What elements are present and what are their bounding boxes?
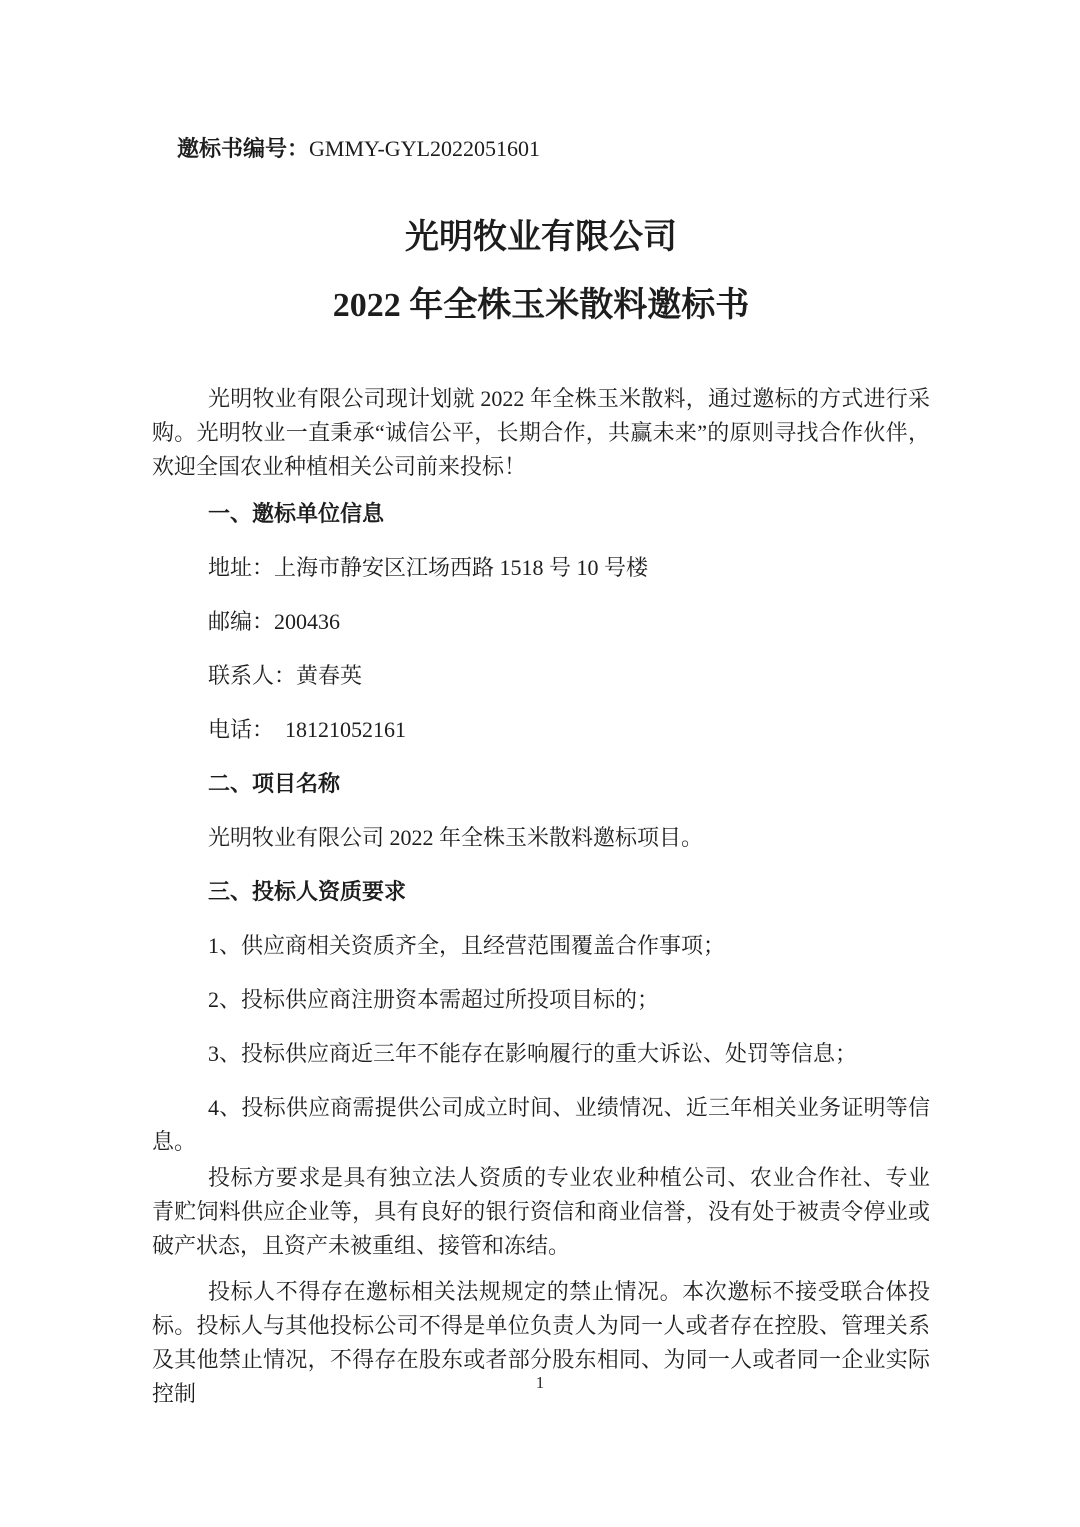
doc-number-value: GMMY-GYL2022051601	[309, 136, 540, 161]
project-name-line: 光明牧业有限公司 2022 年全株玉米散料邀标项目。	[152, 821, 930, 855]
contact-line: 联系人：黄春英	[152, 659, 930, 693]
qualification-item-4: 4、投标供应商需提供公司成立时间、业绩情况、近三年相关业务证明等信息。	[152, 1091, 930, 1159]
postcode-line: 邮编：200436	[152, 605, 930, 639]
section-2-heading: 二、项目名称	[152, 767, 930, 801]
section-1: 一、邀标单位信息 地址：上海市静安区江场西路 1518 号 10 号楼 邮编：2…	[152, 497, 930, 747]
qualification-item-3: 3、投标供应商近三年不能存在影响履行的重大诉讼、处罚等信息；	[152, 1037, 930, 1071]
qualification-item-2: 2、投标供应商注册资本需超过所投项目标的；	[152, 983, 930, 1017]
doc-title-line1: 光明牧业有限公司	[152, 214, 930, 262]
document-page: 邀标书编号：GMMY-GYL2022051601 光明牧业有限公司 2022 年…	[0, 0, 1080, 1527]
section-2: 二、项目名称 光明牧业有限公司 2022 年全株玉米散料邀标项目。	[152, 767, 930, 855]
intro-paragraph: 光明牧业有限公司现计划就 2022 年全株玉米散料，通过邀标的方式进行采购。光明…	[152, 382, 930, 484]
section-3-heading: 三、投标人资质要求	[152, 875, 930, 909]
phone-line: 电话： 18121052161	[152, 713, 930, 747]
document-content: 邀标书编号：GMMY-GYL2022051601 光明牧业有限公司 2022 年…	[0, 0, 1080, 1411]
section-3: 三、投标人资质要求 1、供应商相关资质齐全，且经营范围覆盖合作事项； 2、投标供…	[152, 875, 930, 1411]
section-1-heading: 一、邀标单位信息	[152, 497, 930, 531]
bidder-requirement-paragraph: 投标方要求是具有独立法人资质的专业农业种植公司、农业合作社、专业青贮饲料供应企业…	[152, 1161, 930, 1263]
page-number: 1	[0, 1372, 1080, 1394]
doc-number-label: 邀标书编号：	[177, 136, 309, 161]
address-line: 地址：上海市静安区江场西路 1518 号 10 号楼	[152, 551, 930, 585]
doc-number-line: 邀标书编号：GMMY-GYL2022051601	[152, 134, 930, 164]
doc-title-line2: 2022 年全株玉米散料邀标书	[152, 282, 930, 330]
qualification-item-1: 1、供应商相关资质齐全，且经营范围覆盖合作事项；	[152, 929, 930, 963]
